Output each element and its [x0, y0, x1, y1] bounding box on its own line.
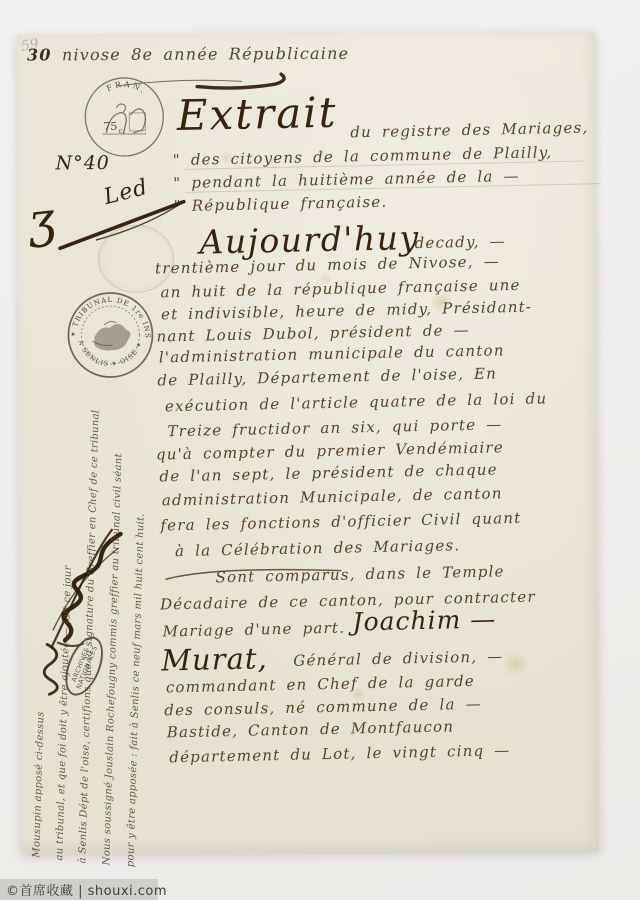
body2-line-4b: Général de division, —	[293, 647, 503, 669]
body1-line: administration Municipale, de canton	[162, 484, 503, 509]
body1-line: Treize fructidor an six, qui porte —	[167, 415, 502, 440]
manuscript-paper: 59 30 nivose 8e année Républicaine FRAN.…	[17, 31, 599, 853]
body2-line-3: Mariage d'une part.	[162, 619, 345, 641]
scanned-document-page: 59 30 nivose 8e année Républicaine FRAN.…	[0, 0, 640, 900]
title-line-1: du registre des Mariages,	[350, 118, 588, 141]
body1-line: qu'à compter du premier Vendémiaire	[156, 438, 504, 463]
body1-line: de Plailly, Département de l'oise, En	[157, 364, 497, 389]
body1-line: de l'an sept, le président de chaque	[159, 460, 498, 485]
body2-line: des consuls, né commune de la —	[164, 695, 482, 720]
body1-line: nant Louis Dubol, président de —	[156, 321, 470, 346]
name-joachim: Joachim —	[352, 604, 496, 636]
title-line-4: " République française.	[174, 193, 388, 215]
body2-line: département du Lot, le vingt cinq —	[169, 741, 511, 766]
body1-line: à la Célébration des Mariages.	[175, 536, 461, 560]
manuscript-text-layer: Extrait du registre des Mariages, " des …	[12, 24, 607, 855]
body1-line: an huit de la république française une	[160, 276, 520, 302]
body1-line: et indivisible, heure de midy, Présidant…	[161, 298, 532, 324]
title-big-word: Extrait	[176, 88, 338, 140]
body1-line-1b: decady, —	[414, 232, 506, 252]
site-watermark: ©首席收藏 | shouxi.com	[0, 879, 158, 900]
body1-line: l'administration municipale du canton	[159, 341, 505, 366]
body1-line: fera les fonctions d'officier Civil quan…	[160, 509, 521, 535]
site-watermark-text: ©首席收藏 | shouxi.com	[6, 880, 167, 899]
name-murat: Murat,	[161, 641, 268, 677]
body2-line: Bastide, Canton de Montfaucon	[167, 717, 455, 741]
body1-line: exécution de l'article quatre de la loi …	[165, 389, 548, 415]
